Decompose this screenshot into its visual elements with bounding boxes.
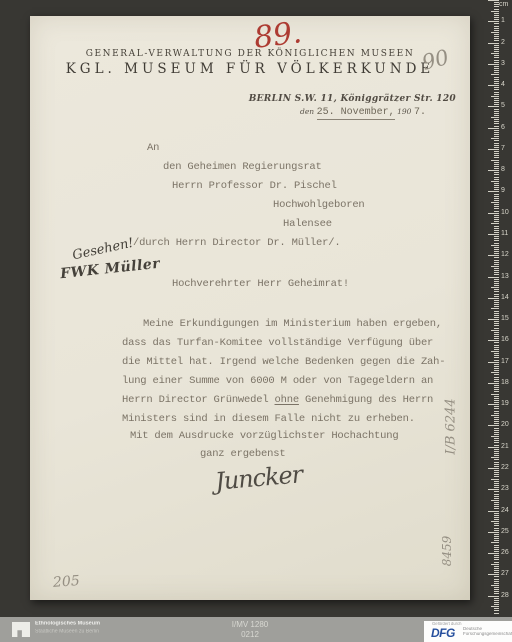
ruler-cm-label: 28 [501, 592, 509, 599]
date-year-printed: 190 [397, 107, 411, 116]
recipient-line-honorific: Hochwohlgeboren [273, 199, 365, 211]
ruler-cm-label: 11 [501, 230, 508, 237]
body-line-5-post: Genehmigung des Herrn [299, 394, 433, 406]
ruler-cm-label: 13 [501, 273, 509, 280]
ruler-cm-label: 6 [501, 124, 505, 131]
body-line-5-pre: Herrn Director Grünwedel [122, 394, 275, 406]
archive-footer-bar: Ethnologisches Museum Staatliche Museen … [0, 617, 512, 642]
ruler-cm-label: 12 [501, 251, 509, 258]
recipient-line-name: Herrn Professor Dr. Pischel [172, 180, 337, 192]
recipient-line-via: /durch Herrn Director Dr. Müller/. [133, 237, 340, 249]
ruler-cm-label: 17 [501, 358, 509, 365]
dfg-abbreviation: DFG [431, 626, 455, 640]
salutation: Hochverehrter Herr Geheimrat! [172, 278, 349, 290]
letter-page: GENERAL-VERWALTUNG DER KÖNIGLICHEN MUSEE… [30, 16, 470, 600]
pencil-vertical-mark-upper: I/B 6244 [444, 367, 459, 487]
ruler-unit-label: cm [499, 1, 508, 8]
ruler-cm-label: 10 [501, 209, 509, 216]
dfg-name-line2: Forschungsgemeinschaft [463, 632, 512, 637]
ruler-cm-label: 3 [501, 60, 505, 67]
ruler-cm-label: 27 [501, 570, 509, 577]
ruler-cm-label: 4 [501, 81, 505, 88]
recipient-line-an: An [147, 142, 159, 154]
closing-line-1: Mit dem Ausdrucke vorzüglichster Hochach… [130, 430, 398, 442]
body-line-2: dass das Turfan-Komitee vollständige Ver… [122, 337, 433, 349]
ruler-cm-label: 25 [501, 528, 509, 535]
ruler-cm-label: 20 [501, 421, 509, 428]
red-archive-number: 89. [252, 15, 304, 56]
ruler-cm-label: 7 [501, 145, 505, 152]
body-line-4: lung einer Summe von 6000 M oder von Tag… [122, 375, 433, 387]
sender-signature: Juncker [214, 460, 303, 495]
ruler-cm-label: 1 [501, 17, 505, 24]
recipient-line-place: Halensee [283, 218, 332, 230]
pencil-mark-bottom-left: 205 [52, 573, 80, 591]
body-line-5-underlined: ohne [275, 394, 299, 406]
body-line-5: Herrn Director Grünwedel ohne Genehmigun… [122, 394, 433, 406]
ruler-cm-label: 2 [501, 39, 505, 46]
ruler-cm-label: 9 [501, 187, 505, 194]
ruler-cm-label: 22 [501, 464, 509, 471]
date-prefix: den [300, 107, 314, 116]
ruler-cm-label: 8 [501, 166, 505, 173]
closing-line-2: ganz ergebenst [200, 448, 285, 460]
ruler-cm-label: 19 [501, 400, 509, 407]
letterhead-line1: GENERAL-VERWALTUNG DER KÖNIGLICHEN MUSEE… [30, 49, 470, 59]
ruler-cm-label: 16 [501, 336, 509, 343]
letterhead-line2: KGL. MUSEUM FÜR VÖLKERKUNDE [30, 61, 470, 77]
ruler-cm-label: 23 [501, 485, 509, 492]
ruler-cm-label: 15 [501, 315, 509, 322]
pencil-vertical-mark-lower: 8459 [440, 526, 454, 576]
dfg-logo: Gefördert durch DFG Deutsche Forschungsg… [424, 621, 512, 642]
ruler: cm 1234567891011121314151617181920212223… [482, 0, 512, 617]
date-line: den 25. November, 190 7. [300, 106, 426, 118]
ruler-cm-label: 24 [501, 507, 509, 514]
sender-address: BERLIN S.W. 11, Königgrätzer Str. 120 [249, 94, 456, 104]
ruler-cm-label: 18 [501, 379, 509, 386]
scanned-letter-view: GENERAL-VERWALTUNG DER KÖNIGLICHEN MUSEE… [0, 0, 512, 642]
ruler-cm-label: 14 [501, 294, 509, 301]
date-typed: 25. November, [317, 107, 395, 120]
dfg-name-line1: Deutsche [463, 627, 482, 632]
ruler-cm-label: 21 [501, 443, 509, 450]
date-year-typed: 7. [414, 107, 426, 119]
body-line-3: die Mittel hat. Irgend welche Bedenken g… [122, 356, 445, 368]
body-line-6: Ministers sind in diesem Falle nicht zu … [122, 413, 415, 425]
body-line-1: Meine Erkundigungen im Ministerium haben… [143, 318, 442, 330]
ruler-cm-label: 5 [501, 102, 505, 109]
ruler-cm-label: 26 [501, 549, 509, 556]
recipient-line-title: den Geheimen Regierungsrat [163, 161, 322, 173]
